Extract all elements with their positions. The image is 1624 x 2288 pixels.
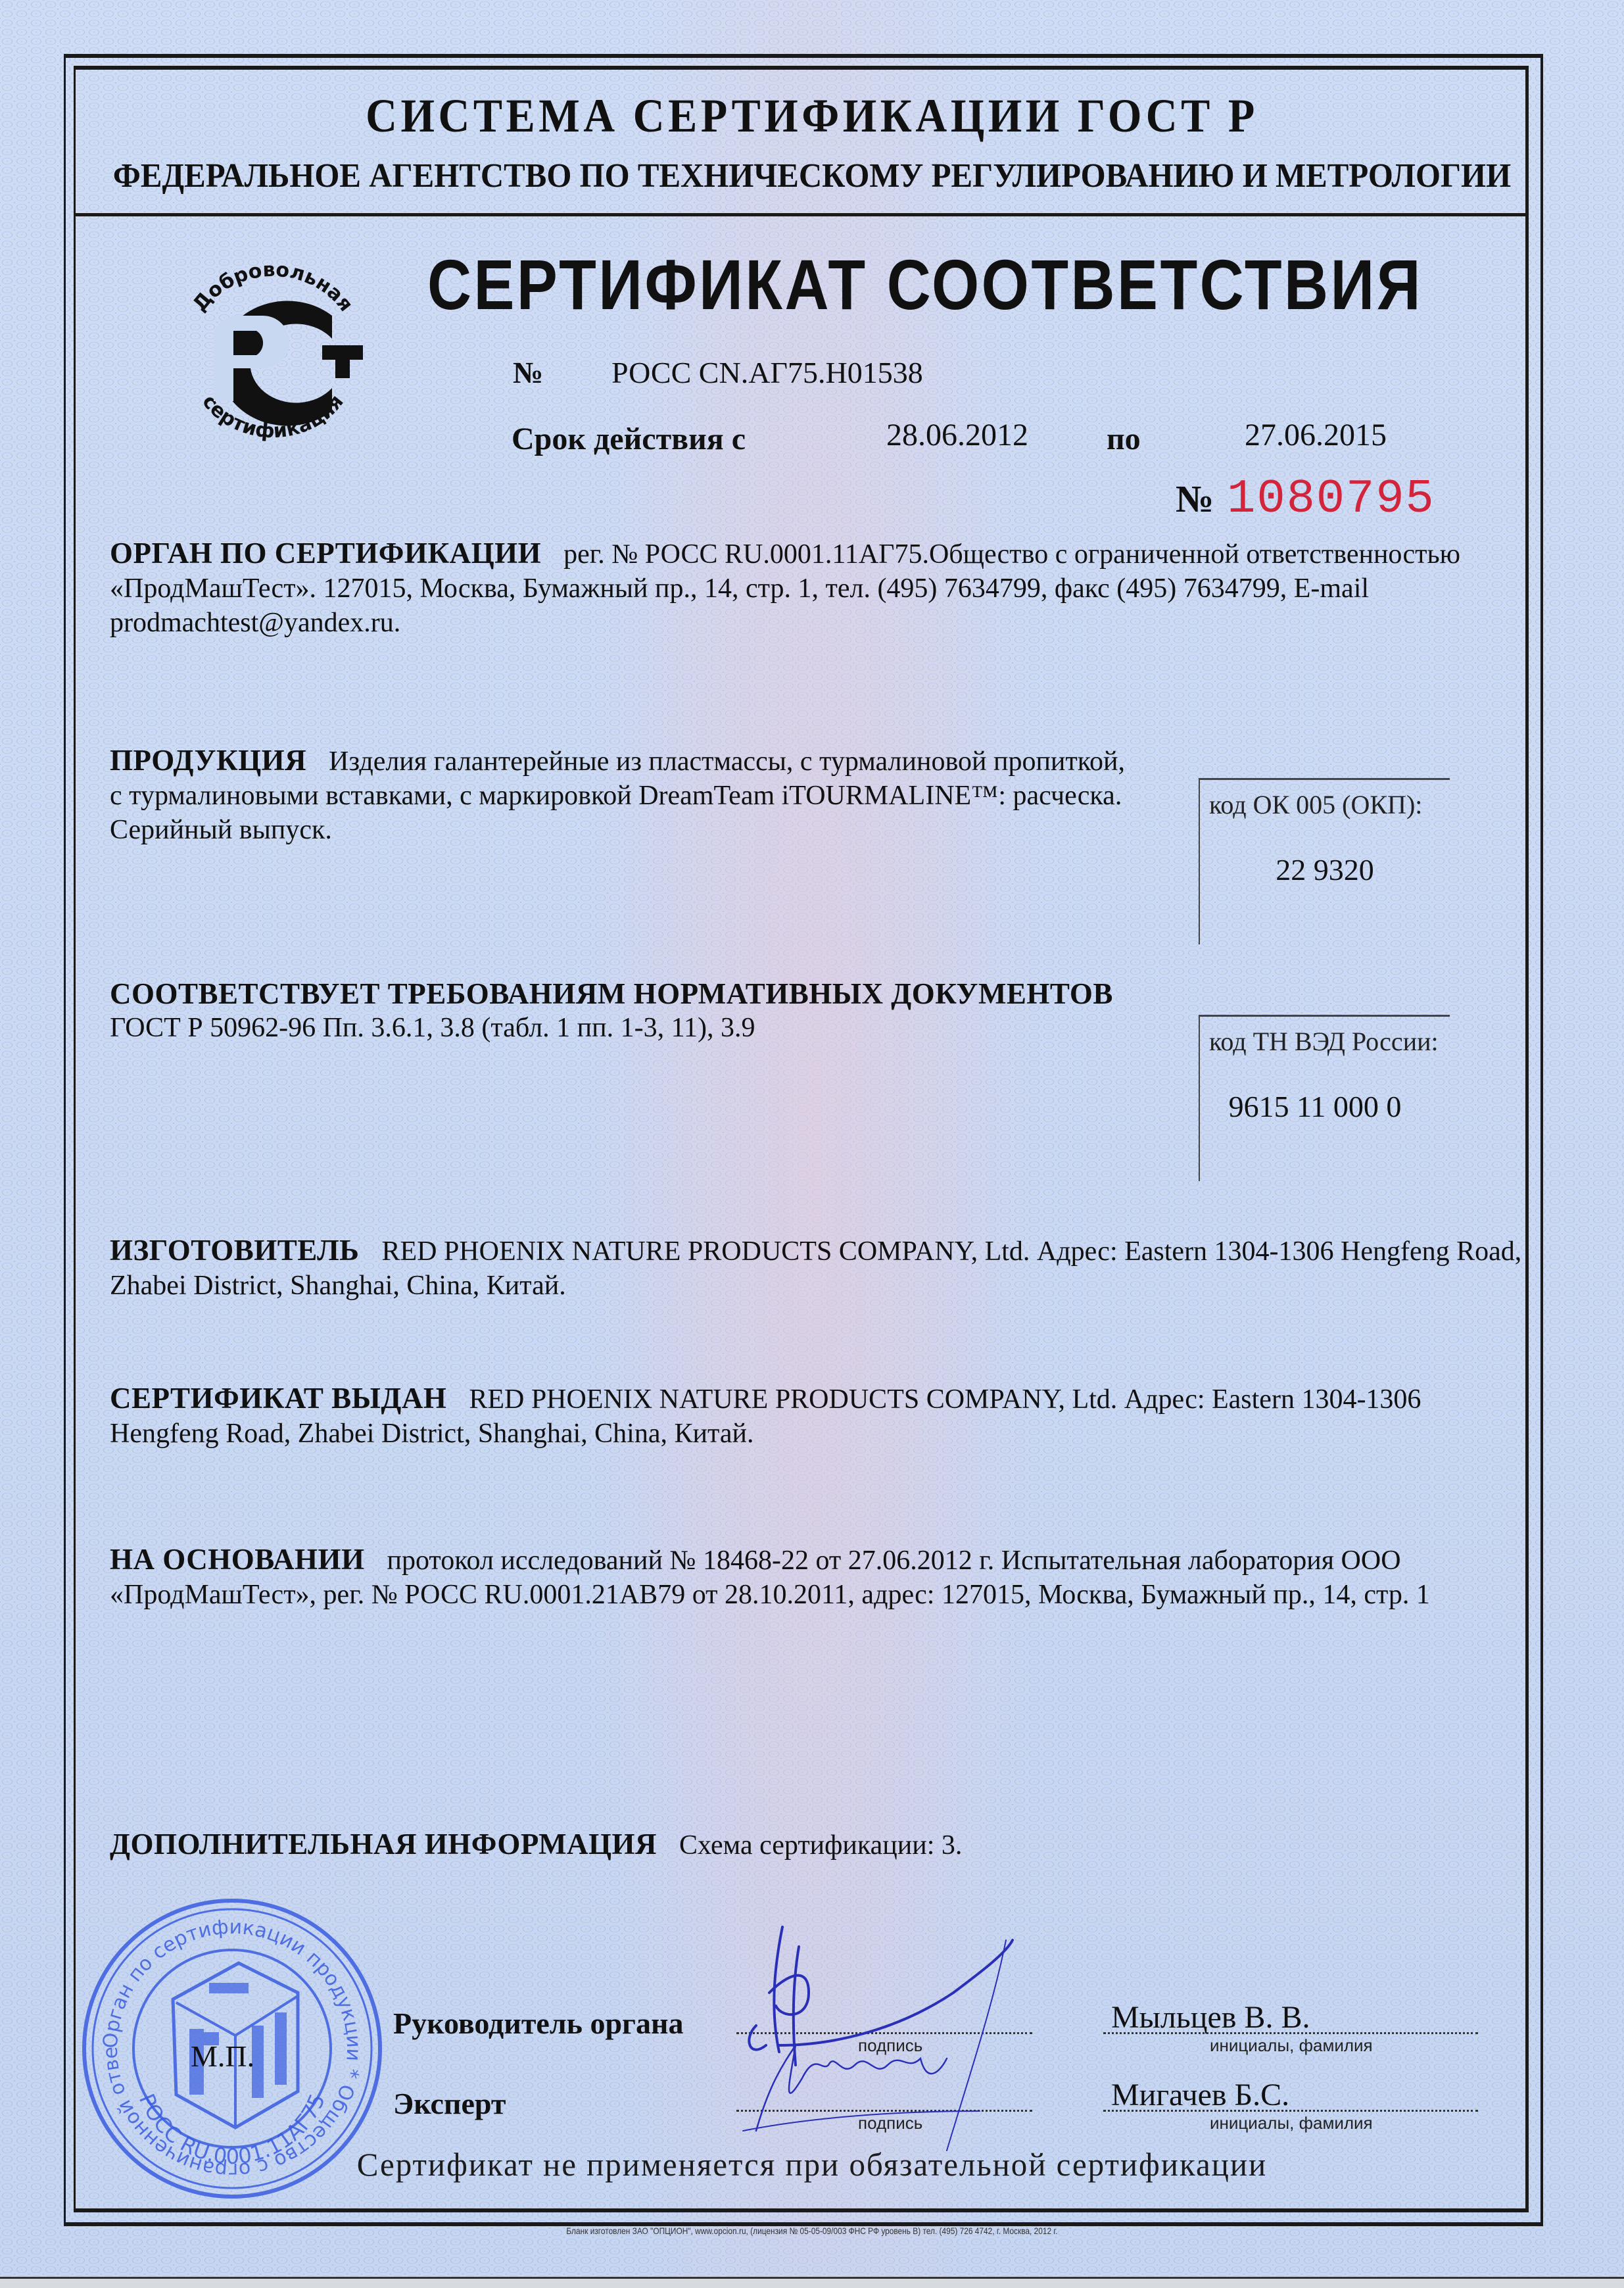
section-certification-body: ОРГАН ПО СЕРТИФИКАЦИИрег. № РОСС RU.0001… — [110, 536, 1530, 640]
section-additional-info: ДОПОЛНИТЕЛЬНАЯ ИНФОРМАЦИЯСхема сертифика… — [110, 1827, 1530, 1862]
seal-place-label: М.П. — [191, 2039, 254, 2074]
name-caption: инициалы, фамилия — [1210, 2035, 1373, 2056]
validity-to-label: по — [1107, 421, 1141, 457]
section-conformity: СООТВЕТСТВУЕТ ТРЕБОВАНИЯМ НОРМАТИВНЫХ ДО… — [110, 977, 1201, 1045]
expert-signature-line — [736, 2110, 1032, 2112]
section-issued-to: СЕРТИФИКАТ ВЫДАНRED PHOENIX NATURE PRODU… — [110, 1381, 1530, 1451]
validity-row: Срок действия с 28.06.2012 по 27.06.2015 — [512, 421, 746, 457]
section-heading: СООТВЕТСТВУЕТ ТРЕБОВАНИЯМ НОРМАТИВНЫХ ДО… — [110, 977, 1179, 1011]
certificate-title: СЕРТИФИКАТ СООТВЕТСТВИЯ — [427, 243, 1423, 326]
signature-caption: подпись — [858, 2113, 922, 2133]
svg-text:Орган по сертификации продукци: Орган по сертификации продукции * Общест… — [78, 1894, 365, 2181]
tnved-code-box: код ТН ВЭД России: 9615 11 000 0 — [1199, 1015, 1450, 1181]
agency-title: ФЕДЕРАЛЬНОЕ АГЕНТСТВО ПО ТЕХНИЧЕСКОМУ РЕ… — [49, 157, 1575, 195]
rst-logo-icon: Добровольная сертификация — [164, 253, 381, 450]
number-label: № — [513, 356, 543, 389]
okp-code-label: код ОК 005 (ОКП): — [1209, 789, 1422, 820]
tnved-code-label: код ТН ВЭД России: — [1209, 1026, 1439, 1057]
section-heading: СЕРТИФИКАТ ВЫДАН — [110, 1382, 446, 1415]
not-mandatory-notice: Сертификат не применяется при обязательн… — [16, 2145, 1608, 2183]
okp-code-value: 22 9320 — [1200, 852, 1450, 887]
head-of-body-label: Руководитель органа — [393, 2006, 683, 2041]
printer-imprint: Бланк изготовлен ЗАО "ОПЦИОН", www.opcio… — [122, 2226, 1502, 2236]
head-signature-line — [736, 2032, 1032, 2034]
validity-label: Срок действия с — [512, 422, 746, 456]
system-title: СИСТЕМА СЕРТИФИКАЦИИ ГОСТ Р — [65, 89, 1559, 143]
section-product: ПРОДУКЦИЯИзделия галантерейные из пластм… — [110, 743, 1135, 847]
section-text: Схема сертификации: 3. — [679, 1830, 962, 1861]
serial-label: № — [1176, 477, 1214, 520]
section-basis: НА ОСНОВАНИИпротокол исследований № 1846… — [110, 1542, 1530, 1612]
scan-edge — [0, 2277, 1624, 2288]
certificate-number-row: № РОСС CN.АГ75.Н01538 — [513, 355, 543, 390]
tnved-code-value: 9615 11 000 0 — [1180, 1089, 1450, 1124]
head-name: Мыльцев В. В. — [1111, 1999, 1310, 2035]
outer-frame-top — [64, 54, 1543, 58]
section-heading: ОРГАН ПО СЕРТИФИКАЦИИ — [110, 537, 541, 570]
section-text: ГОСТ Р 50962-96 Пп. 3.6.1, 3.8 (табл. 1 … — [110, 1013, 755, 1043]
section-heading: ДОПОЛНИТЕЛЬНАЯ ИНФОРМАЦИЯ — [110, 1828, 657, 1861]
header-divider — [74, 213, 1529, 216]
expert-name: Мигачев Б.С. — [1111, 2077, 1289, 2113]
name-caption: инициалы, фамилия — [1210, 2113, 1373, 2133]
valid-from: 28.06.2012 — [886, 417, 1028, 453]
okp-code-box: код ОК 005 (ОКП): 22 9320 — [1199, 778, 1450, 944]
outer-frame-right — [1540, 54, 1543, 2224]
certificate-number: РОСС CN.АГ75.Н01538 — [611, 355, 923, 390]
serial-number: 1080795 — [1227, 472, 1435, 526]
expert-label: Эксперт — [393, 2086, 506, 2121]
blank-serial: №1080795 — [1176, 472, 1435, 526]
section-heading: ПРОДУКЦИЯ — [110, 744, 306, 777]
section-heading: НА ОСНОВАНИИ — [110, 1543, 365, 1576]
section-heading: ИЗГОТОВИТЕЛЬ — [110, 1234, 359, 1267]
signature-caption: подпись — [858, 2035, 922, 2056]
section-manufacturer: ИЗГОТОВИТЕЛЬRED PHOENIX NATURE PRODUCTS … — [110, 1233, 1530, 1303]
outer-frame-left — [64, 54, 66, 2224]
valid-to: 27.06.2015 — [1245, 417, 1387, 453]
